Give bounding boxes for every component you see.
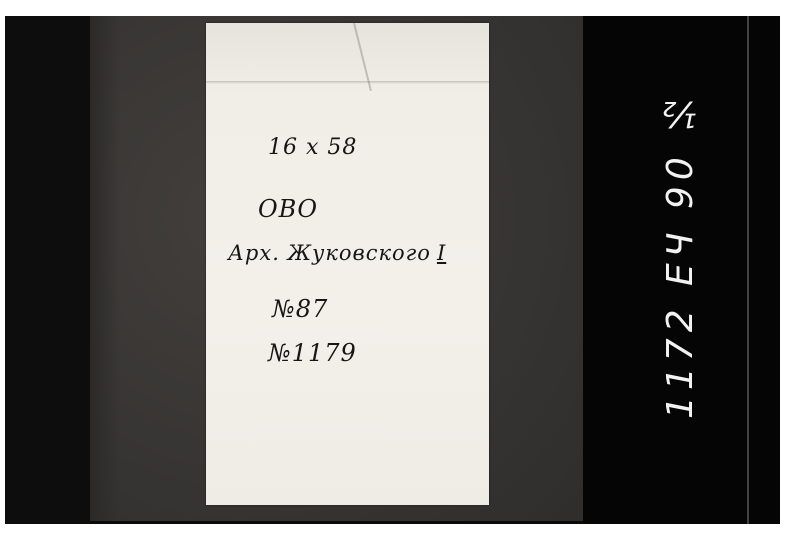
card-archive-name: Арх. Жуковского (228, 241, 431, 265)
card-fold-horizontal (206, 81, 489, 84)
card-archive-volume: I (437, 241, 446, 265)
card-item-number: №87 (272, 295, 328, 323)
film-border-left (5, 16, 90, 524)
edge-annotation: 1172 ЕЧ 90 ½ (660, 28, 770, 478)
card-archive-line: Арх. ЖуковскогоI (228, 241, 446, 265)
card-department-code: ОВО (258, 195, 318, 223)
mount-shadow (90, 16, 120, 521)
archival-card: 16 x 58 ОВО Арх. ЖуковскогоI №87 №1179 (206, 23, 489, 505)
card-inventory-number: №1179 (268, 339, 357, 367)
card-dimensions: 16 x 58 (268, 135, 357, 160)
